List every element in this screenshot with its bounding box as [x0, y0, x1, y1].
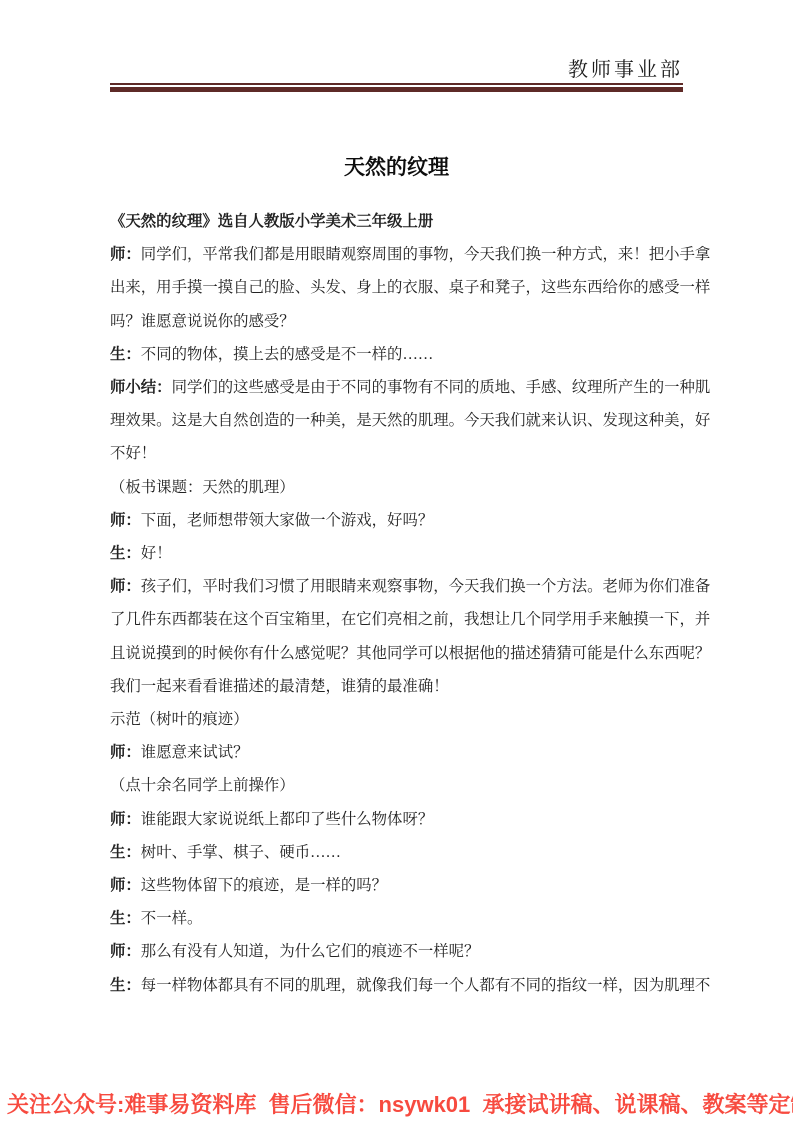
dialogue-line: 师：谁能跟大家说说纸上都印了些什么物体呀？	[110, 803, 683, 836]
speaker-prefix: 师：	[110, 877, 141, 894]
header-rule-thin	[110, 83, 683, 85]
paragraph: 师：下面，老师想带领大家做一个游戏，好吗？	[110, 504, 683, 537]
dialogue-line: 我们一起来看看谁描述的最清楚，谁猜的最准确！	[110, 670, 683, 703]
dialogue-line: 且说说摸到的时候你有什么感觉呢？其他同学可以根据他的描述猜猜可能是什么东西呢？	[110, 637, 683, 670]
document-title: 天然的纹理	[0, 155, 793, 181]
paragraph: 生：每一样物体都具有不同的肌理，就像我们每一个人都有不同的指纹一样，因为肌理不	[110, 969, 683, 1002]
speaker-prefix: 师：	[110, 512, 141, 529]
speaker-prefix: 师：	[110, 578, 141, 595]
speaker-prefix: 师：	[110, 943, 141, 960]
paragraph: 生：不一样。	[110, 902, 683, 935]
dialogue-line: 理效果。这是大自然创造的一种美，是天然的肌理。今天我们就来认识、发现这种美，好	[110, 404, 683, 437]
speaker-prefix: 师：	[110, 811, 141, 828]
dialogue-line: 生：不同的物体，摸上去的感受是不一样的……	[110, 338, 683, 371]
speaker-prefix: 师：	[110, 744, 141, 761]
dialogue-line: 师：那么有没有人知道，为什么它们的痕迹不一样呢？	[110, 935, 683, 968]
dialogue-line: 吗？谁愿意说说你的感受？	[110, 305, 683, 338]
department-label: 教师事业部	[110, 59, 683, 82]
speaker-prefix: 生：	[110, 977, 141, 994]
paragraph: （板书课题：天然的肌理）	[110, 471, 683, 504]
dialogue-line: 师：下面，老师想带领大家做一个游戏，好吗？	[110, 504, 683, 537]
paragraph: 师：这些物体留下的痕迹，是一样的吗？	[110, 869, 683, 902]
dialogue-line: 师：同学们，平常我们都是用眼睛观察周围的事物，今天我们换一种方式，来！把小手拿	[110, 238, 683, 271]
paragraph: 生：不同的物体，摸上去的感受是不一样的……	[110, 338, 683, 371]
dialogue-line: 生：每一样物体都具有不同的肌理，就像我们每一个人都有不同的指纹一样，因为肌理不	[110, 969, 683, 1002]
dialogue-line: 出来，用手摸一摸自己的脸、头发、身上的衣服、桌子和凳子，这些东西给你的感受一样	[110, 271, 683, 304]
dialogue-line: 不好！	[110, 437, 683, 470]
paragraph: 师小结：同学们的这些感受是由于不同的事物有不同的质地、手感、纹理所产生的一种肌理…	[110, 371, 683, 471]
paragraph: （点十余名同学上前操作）	[110, 769, 683, 802]
speaker-prefix: 师：	[110, 246, 141, 263]
dialogue-line: 生：好！	[110, 537, 683, 570]
speaker-prefix: 生：	[110, 545, 141, 562]
dialogue-line: 师：孩子们，平时我们习惯了用眼睛来观察事物，今天我们换一个方法。老师为你们准备	[110, 570, 683, 603]
paragraph: 师：那么有没有人知道，为什么它们的痕迹不一样呢？	[110, 935, 683, 968]
promo-footer-text: 关注公众号:难事易资料库 售后微信：nsywk01 承接试讲稿、说课稿、教案等定…	[7, 1092, 793, 1118]
paragraph: 生：好！	[110, 537, 683, 570]
speaker-prefix: 生：	[110, 844, 141, 861]
paragraph: 《天然的纹理》选自人教版小学美术三年级上册	[110, 205, 683, 238]
dialogue-line: （点十余名同学上前操作）	[110, 769, 683, 802]
paragraph: 师：谁愿意来试试？	[110, 736, 683, 769]
paragraph: 生：树叶、手掌、棋子、硬币……	[110, 836, 683, 869]
dialogue-line: 师：谁愿意来试试？	[110, 736, 683, 769]
speaker-prefix: 生：	[110, 346, 141, 363]
paragraph: 师：孩子们，平时我们习惯了用眼睛来观察事物，今天我们换一个方法。老师为你们准备了…	[110, 570, 683, 703]
document-body: 《天然的纹理》选自人教版小学美术三年级上册师：同学们，平常我们都是用眼睛观察周围…	[110, 205, 683, 1002]
dialogue-line: 了几件东西都装在这个百宝箱里，在它们亮相之前，我想让几个同学用手来触摸一下，并	[110, 603, 683, 636]
dialogue-line: 示范（树叶的痕迹）	[110, 703, 683, 736]
paragraph: 师：同学们，平常我们都是用眼睛观察周围的事物，今天我们换一种方式，来！把小手拿出…	[110, 238, 683, 338]
speaker-prefix: 生：	[110, 910, 141, 927]
speaker-prefix: 师小结：	[110, 379, 172, 396]
dialogue-line: 《天然的纹理》选自人教版小学美术三年级上册	[110, 205, 683, 238]
header-rule-thick	[110, 87, 683, 92]
dialogue-line: 师小结：同学们的这些感受是由于不同的事物有不同的质地、手感、纹理所产生的一种肌	[110, 371, 683, 404]
page-header: 教师事业部	[110, 59, 683, 92]
dialogue-line: 师：这些物体留下的痕迹，是一样的吗？	[110, 869, 683, 902]
paragraph: 师：谁能跟大家说说纸上都印了些什么物体呀？	[110, 803, 683, 836]
paragraph: 示范（树叶的痕迹）	[110, 703, 683, 736]
dialogue-line: 生：不一样。	[110, 902, 683, 935]
dialogue-line: （板书课题：天然的肌理）	[110, 471, 683, 504]
document-page: 教师事业部 天然的纹理 《天然的纹理》选自人教版小学美术三年级上册师：同学们，平…	[0, 0, 793, 1122]
dialogue-line: 生：树叶、手掌、棋子、硬币……	[110, 836, 683, 869]
